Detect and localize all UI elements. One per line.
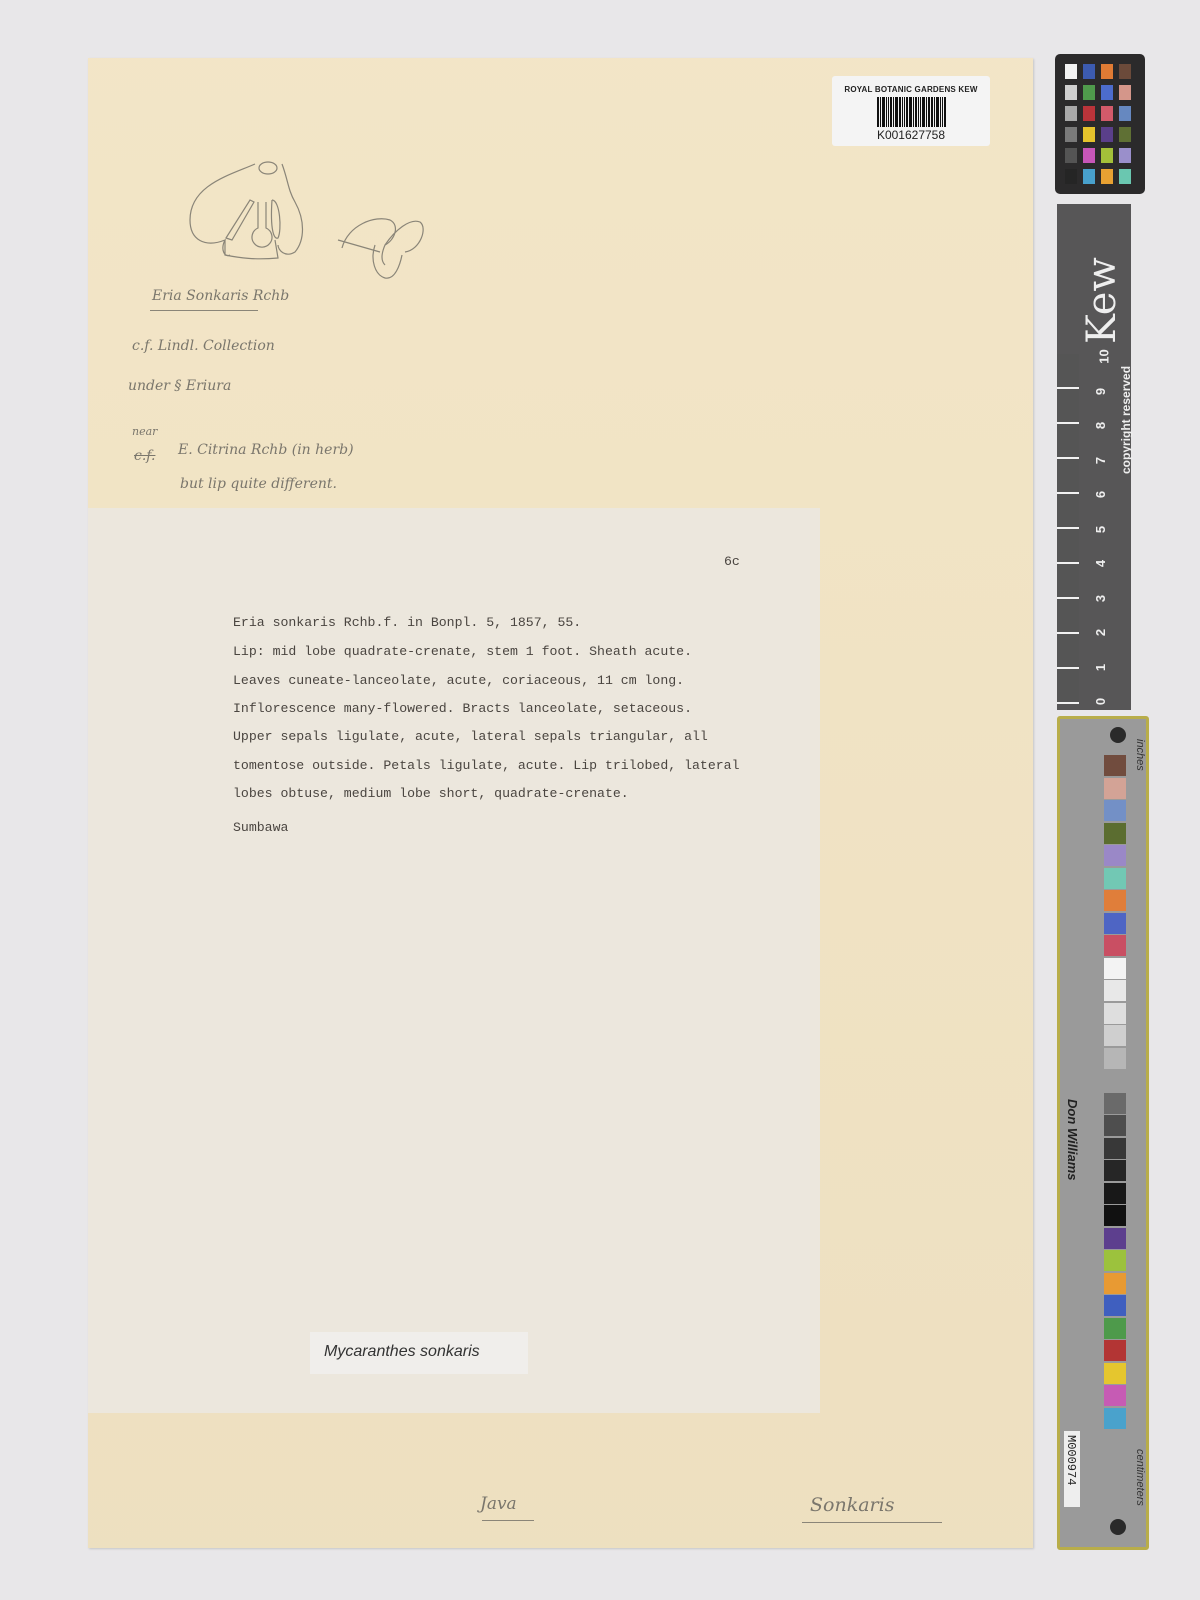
color-swatch: [1083, 169, 1095, 184]
typed-line: lobes obtuse, medium lobe short, quadrat…: [233, 786, 629, 801]
color-swatch: [1119, 127, 1131, 142]
centimeters-label: centimeters: [1134, 1449, 1146, 1506]
note-struck: c.f.: [134, 448, 155, 464]
color-swatch: [1083, 85, 1095, 100]
color-patch: [1104, 1318, 1126, 1339]
typed-line: tomentose outside. Petals ligulate, acut…: [233, 758, 739, 773]
note-section: under § Eriura: [128, 378, 231, 394]
color-patch: [1104, 935, 1126, 956]
determination-label: Mycaranthes sonkaris: [310, 1332, 528, 1374]
color-swatch: [1119, 169, 1131, 184]
color-patch: [1104, 1025, 1126, 1046]
color-swatch: [1065, 127, 1077, 142]
color-swatch: [1083, 106, 1095, 121]
note-collection: c.f. Lindl. Collection: [132, 338, 275, 354]
color-swatch: [1101, 148, 1113, 163]
color-swatch: [1101, 106, 1113, 121]
color-checker-card: [1055, 54, 1145, 194]
color-patch: [1104, 1385, 1126, 1406]
color-patch: [1104, 980, 1126, 1001]
typed-line: Leaves cuneate-lanceolate, acute, coriac…: [233, 673, 684, 688]
color-swatch: [1119, 64, 1131, 79]
barcode-number: K001627758: [832, 128, 990, 142]
color-patch: [1104, 1048, 1126, 1069]
typed-locality: Sumbawa: [233, 820, 288, 835]
color-target-ruler: inches centimeters Don Williams M000974: [1057, 716, 1149, 1550]
color-patch: [1104, 1003, 1126, 1024]
color-swatch: [1101, 85, 1113, 100]
hole-icon: [1110, 727, 1126, 743]
hole-icon: [1110, 1519, 1126, 1535]
institution-name: ROYAL BOTANIC GARDENS KEW: [832, 85, 990, 94]
kew-cm-scale: Kew 012345678910 copyright reserved: [1057, 204, 1131, 710]
underline: [482, 1520, 534, 1521]
copyright-text: copyright reserved: [1119, 366, 1133, 474]
color-patch: [1104, 913, 1126, 934]
color-swatch: [1065, 106, 1077, 121]
color-patch: [1104, 868, 1126, 889]
scale-number: 9: [1093, 387, 1108, 394]
color-swatch: [1101, 169, 1113, 184]
barcode-icon: [861, 97, 961, 127]
color-swatch: [1101, 64, 1113, 79]
typed-line: Eria sonkaris Rchb.f. in Bonpl. 5, 1857,…: [233, 615, 581, 630]
color-patch: [1104, 1228, 1126, 1249]
color-patch: [1104, 823, 1126, 844]
typed-line: Upper sepals ligulate, acute, lateral se…: [233, 729, 708, 744]
note-taxon: Eria Sonkaris Rchb: [152, 288, 289, 304]
color-patch: [1104, 1340, 1126, 1361]
note-near: near: [132, 425, 157, 438]
kew-logo: Kew: [1079, 257, 1125, 344]
color-patch: [1104, 1070, 1126, 1091]
scale-number: 8: [1093, 422, 1108, 429]
color-patch: [1104, 778, 1126, 799]
scale-number: 7: [1093, 456, 1108, 463]
color-swatch: [1101, 127, 1113, 142]
color-patch: [1104, 755, 1126, 776]
color-swatch: [1065, 169, 1077, 184]
color-patch: [1104, 890, 1126, 911]
color-patch: [1104, 1363, 1126, 1384]
scale-number: 3: [1093, 594, 1108, 601]
scale-number: 6: [1093, 491, 1108, 498]
barcode-label: ROYAL BOTANIC GARDENS KEW K001627758: [832, 76, 990, 146]
scale-number: 0: [1093, 698, 1108, 705]
color-swatch: [1065, 148, 1077, 163]
color-patch: [1104, 845, 1126, 866]
scale-numbers: 012345678910: [1097, 354, 1117, 704]
color-patch: [1104, 1115, 1126, 1136]
color-patch: [1104, 1138, 1126, 1159]
color-patch: [1104, 1160, 1126, 1181]
color-swatch: [1083, 64, 1095, 79]
note-epithet: Sonkaris: [810, 1494, 894, 1516]
color-swatch: [1119, 106, 1131, 121]
color-patch: [1104, 1295, 1126, 1316]
note-lip: but lip quite different.: [180, 476, 337, 492]
underline: [150, 310, 258, 311]
color-swatch: [1119, 148, 1131, 163]
brand-label: Don Williams: [1065, 1099, 1080, 1181]
color-swatch: [1065, 64, 1077, 79]
scale-number: 4: [1093, 560, 1108, 567]
scale-bars: [1057, 354, 1079, 704]
color-swatch: [1065, 85, 1077, 100]
flower-sketch-icon: [170, 140, 430, 290]
color-swatch: [1119, 85, 1131, 100]
target-id-label: M000974: [1064, 1431, 1080, 1507]
scale-number: 1: [1093, 663, 1108, 670]
color-patch: [1104, 1183, 1126, 1204]
color-patch: [1104, 1205, 1126, 1226]
scale-number: 10: [1097, 349, 1112, 363]
determination-name: Mycaranthes sonkaris: [324, 1343, 480, 1361]
inches-label: inches: [1134, 739, 1146, 771]
page-reference: 6c: [724, 554, 740, 569]
typed-line: Inflorescence many-flowered. Bracts lanc…: [233, 701, 692, 716]
note-comparison: E. Citrina Rchb (in herb): [178, 442, 354, 458]
color-swatch: [1083, 127, 1095, 142]
underline: [802, 1522, 942, 1523]
color-patch: [1104, 958, 1126, 979]
scale-number: 2: [1093, 629, 1108, 636]
color-patch: [1104, 1408, 1126, 1429]
color-patch: [1104, 1273, 1126, 1294]
color-patch: [1104, 1093, 1126, 1114]
color-patch: [1104, 800, 1126, 821]
scale-number: 5: [1093, 525, 1108, 532]
color-swatch: [1083, 148, 1095, 163]
note-locality-java: Java: [480, 1494, 517, 1514]
color-patch: [1104, 1250, 1126, 1271]
typed-line: Lip: mid lobe quadrate-crenate, stem 1 f…: [233, 644, 692, 659]
